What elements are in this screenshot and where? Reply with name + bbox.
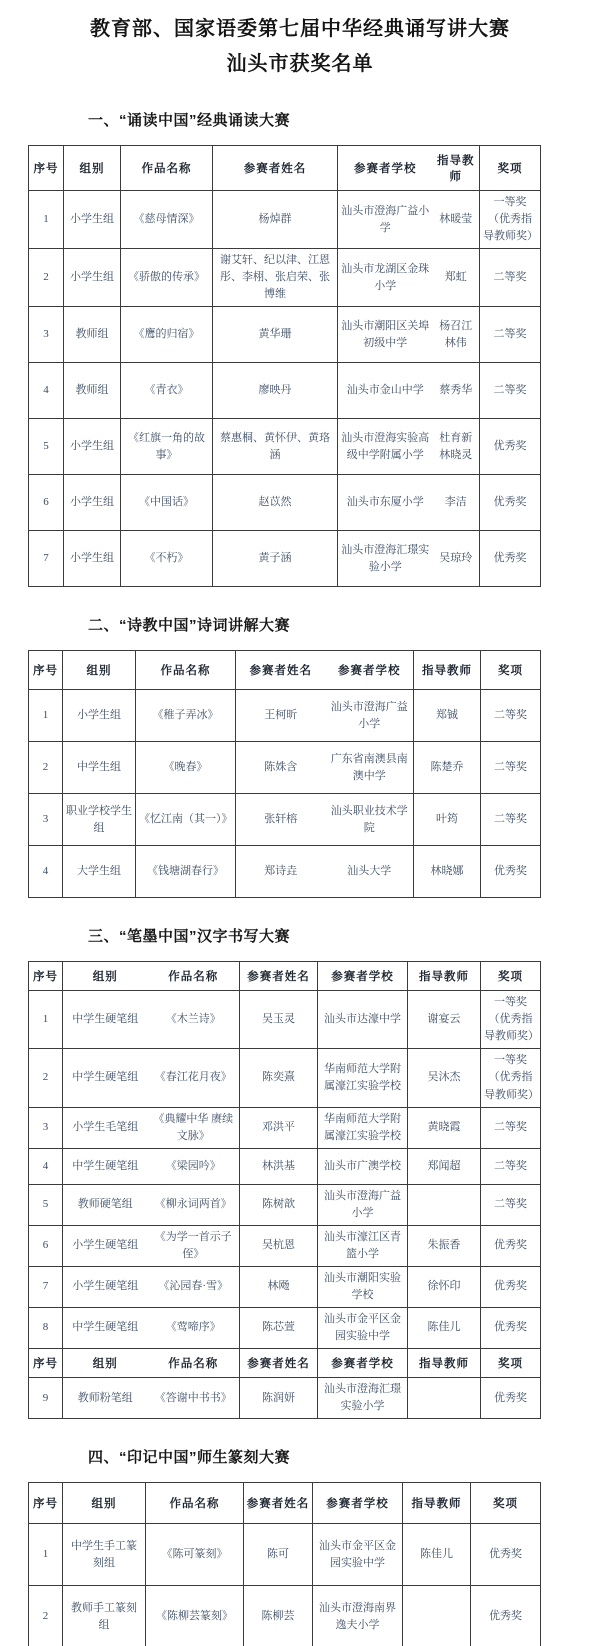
- table-cell: 汕头市澄海南界逸夫小学: [313, 1586, 403, 1646]
- table-cell: 6: [29, 1225, 63, 1266]
- table-cell: 王柯昕: [236, 690, 326, 742]
- table-row: 1中学生硬笔组《木兰诗》吴玉灵汕头市达濠中学谢宴云一等奖（优秀指导教师奖）: [29, 991, 541, 1049]
- table-cell: 优秀奖: [481, 1307, 541, 1348]
- awards-table-calligraphy: 序号组别作品名称参赛者姓名参赛者学校指导教师奖项1中学生硬笔组《木兰诗》吴玉灵汕…: [28, 961, 541, 1419]
- table-cell: 《陈可篆刻》: [146, 1524, 244, 1586]
- table-header-row: 序号组别作品名称参赛者姓名参赛者学校指导教师奖项: [29, 962, 541, 991]
- table-cell: 谢宴云: [408, 991, 481, 1049]
- table-row: 2教师手工篆刻组《陈柳芸篆刻》陈柳芸汕头市澄海南界逸夫小学优秀奖: [29, 1586, 541, 1646]
- table-cell: [408, 1184, 481, 1225]
- column-header: 序号: [29, 1483, 63, 1524]
- table-cell: 汕头市潮阳区关埠初级中学: [338, 307, 433, 363]
- table-cell: 杜育新 林晓灵: [433, 419, 480, 475]
- column-header: 参赛者学校: [318, 962, 408, 991]
- table-cell: 《红旗一角的故事》: [121, 419, 213, 475]
- table-cell: 蔡惠桐、黄怀伊、黄珞涵: [213, 419, 338, 475]
- table-cell: 林飏: [240, 1266, 318, 1307]
- table-cell: 2: [29, 249, 64, 307]
- table-cell: 《沁园春·雪》: [148, 1266, 240, 1307]
- table-cell: [403, 1586, 471, 1646]
- table-cell: 二等奖: [480, 363, 541, 419]
- column-header: 指导教师: [408, 1349, 481, 1378]
- table-cell: 林暖莹: [433, 191, 480, 249]
- table-cell: 吴杭恩: [240, 1225, 318, 1266]
- column-header: 作品名称: [148, 962, 240, 991]
- table-header-row: 序号组别作品名称参赛者姓名参赛者学校指导教师奖项: [29, 651, 541, 690]
- table-cell: 郑诗垚: [236, 846, 326, 898]
- table-cell: 《钱塘湖春行》: [136, 846, 236, 898]
- table-cell: 《晚春》: [136, 742, 236, 794]
- table-cell: 《青衣》: [121, 363, 213, 419]
- column-header: 指导教师: [433, 146, 480, 191]
- table-cell: 汕头市金平区金园实验中学: [318, 1307, 408, 1348]
- table-cell: 优秀奖: [471, 1586, 541, 1646]
- table-cell: 华南师范大学附属濠江实验学校: [318, 1049, 408, 1107]
- table-cell: 华南师范大学附属濠江实验学校: [318, 1107, 408, 1148]
- table-cell: 中学生硬笔组: [63, 1307, 148, 1348]
- table-cell: 《中国话》: [121, 475, 213, 531]
- table-cell: 小学生组: [63, 690, 136, 742]
- table-cell: 3: [29, 1107, 63, 1148]
- table-cell: 朱振香: [408, 1225, 481, 1266]
- table-cell: 优秀奖: [471, 1524, 541, 1586]
- column-header: 组别: [63, 962, 148, 991]
- table-cell: 陈树歆: [240, 1184, 318, 1225]
- table-cell: 谢艾轩、纪以津、江恩彤、李栩、张启荣、张博维: [213, 249, 338, 307]
- table-cell: 汕头市金山中学: [338, 363, 433, 419]
- table-cell: 1: [29, 991, 63, 1049]
- table-cell: 教师组: [64, 307, 121, 363]
- column-header: 组别: [63, 1483, 146, 1524]
- table-header-row: 序号组别作品名称参赛者姓名参赛者学校指导教师奖项: [29, 1483, 541, 1524]
- table-cell: 优秀奖: [481, 1266, 541, 1307]
- table-cell: 7: [29, 1266, 63, 1307]
- column-header: 参赛者姓名: [236, 651, 326, 690]
- table-cell: 汕头市金平区金园实验中学: [313, 1524, 403, 1586]
- awards-table-seal-carving: 序号组别作品名称参赛者姓名参赛者学校指导教师奖项1中学生手工篆刻组《陈可篆刻》陈…: [28, 1482, 541, 1646]
- table-cell: 小学生硬笔组: [63, 1266, 148, 1307]
- table-cell: 4: [29, 1148, 63, 1184]
- table-cell: 汕头市濠江区青篮小学: [318, 1225, 408, 1266]
- table-cell: 陈佳儿: [408, 1307, 481, 1348]
- table-cell: 广东省南澳县南澳中学: [326, 742, 414, 794]
- table-cell: 陈楚乔: [414, 742, 481, 794]
- table-cell: 《莺啼序》: [148, 1307, 240, 1348]
- table-cell: 陈润妍: [240, 1378, 318, 1419]
- column-header: 参赛者姓名: [240, 1349, 318, 1378]
- table-cell: 陈柳芸: [244, 1586, 313, 1646]
- table-cell: 吴玉灵: [240, 991, 318, 1049]
- table-cell: 汕头市潮阳实验学校: [318, 1266, 408, 1307]
- table-cell: 《春江花月夜》: [148, 1049, 240, 1107]
- table-cell: 李洁: [433, 475, 480, 531]
- table-cell: 小学生毛笔组: [63, 1107, 148, 1148]
- table-row: 8中学生硬笔组《莺啼序》陈芯萱汕头市金平区金园实验中学陈佳儿优秀奖: [29, 1307, 541, 1348]
- table-row: 5小学生组《红旗一角的故事》蔡惠桐、黄怀伊、黄珞涵汕头市澄海实验高级中学附属小学…: [29, 419, 541, 475]
- table-cell: 吴琼玲: [433, 531, 480, 587]
- column-header: 参赛者学校: [313, 1483, 403, 1524]
- table-row: 1小学生组《慈母情深》杨焯群汕头市澄海广益小学林暖莹一等奖（优秀指导教师奖）: [29, 191, 541, 249]
- table-cell: 7: [29, 531, 64, 587]
- section-heading-recitation: 一、“诵读中国”经典诵读大赛: [88, 109, 600, 130]
- table-cell: 郑铖: [414, 690, 481, 742]
- table-cell: 教师硬笔组: [63, 1184, 148, 1225]
- table-cell: 陈姝含: [236, 742, 326, 794]
- table-cell: 《忆江南（其一）》: [136, 794, 236, 846]
- column-header: 作品名称: [121, 146, 213, 191]
- table-cell: 中学生硬笔组: [63, 1049, 148, 1107]
- table-cell: 2: [29, 742, 63, 794]
- column-header: 作品名称: [136, 651, 236, 690]
- table-cell: 《鹰的归宿》: [121, 307, 213, 363]
- table-cell: 教师手工篆刻组: [63, 1586, 146, 1646]
- table-cell: 杨焯群: [213, 191, 338, 249]
- column-header: 参赛者学校: [318, 1349, 408, 1378]
- section-heading-seal-carving: 四、“印记中国”师生篆刻大赛: [88, 1446, 600, 1467]
- table-cell: 二等奖: [481, 794, 541, 846]
- table-cell: 吴沐杰: [408, 1049, 481, 1107]
- table-cell: 汕头市东厦小学: [338, 475, 433, 531]
- table-cell: 小学生组: [64, 191, 121, 249]
- table-header-row: 序号组别作品名称参赛者姓名参赛者学校指导教师奖项: [29, 146, 541, 191]
- table-cell: 陈奕熹: [240, 1049, 318, 1107]
- table-cell: 杨召江 林伟: [433, 307, 480, 363]
- table-cell: 汕头市澄海广益小学: [338, 191, 433, 249]
- table-cell: 教师粉笔组: [63, 1378, 148, 1419]
- table-cell: 汕头大学: [326, 846, 414, 898]
- table-cell: 小学生组: [64, 419, 121, 475]
- table-cell: 小学生组: [64, 531, 121, 587]
- table-cell: [408, 1378, 481, 1419]
- column-header: 奖项: [481, 651, 541, 690]
- table-row: 4教师组《青衣》廖映丹汕头市金山中学蔡秀华二等奖: [29, 363, 541, 419]
- table-cell: 蔡秀华: [433, 363, 480, 419]
- table-cell: 优秀奖: [481, 846, 541, 898]
- table-row: 2中学生组《晚春》陈姝含广东省南澳县南澳中学陈楚乔二等奖: [29, 742, 541, 794]
- awards-table-recitation: 序号组别作品名称参赛者姓名参赛者学校指导教师奖项1小学生组《慈母情深》杨焯群汕头…: [28, 145, 541, 587]
- table-row: 3职业学校学生组《忆江南（其一）》张轩榕汕头职业技术学院叶筠二等奖: [29, 794, 541, 846]
- table-cell: 陈可: [244, 1524, 313, 1586]
- column-header: 奖项: [481, 1349, 541, 1378]
- document-title-line1: 教育部、国家语委第七届中华经典诵写讲大赛: [0, 12, 600, 47]
- table-cell: 4: [29, 846, 63, 898]
- table-cell: 《答谢中书书》: [148, 1378, 240, 1419]
- table-cell: 汕头市澄海实验高级中学附属小学: [338, 419, 433, 475]
- table-cell: 二等奖: [481, 1107, 541, 1148]
- table-cell: 汕头市澄海汇璟实验小学: [318, 1378, 408, 1419]
- table-cell: 中学生硬笔组: [63, 991, 148, 1049]
- table-cell: 8: [29, 1307, 63, 1348]
- table-cell: 汕头市澄海汇璟实验小学: [338, 531, 433, 587]
- table-cell: 优秀奖: [480, 419, 541, 475]
- table-row: 7小学生硬笔组《沁园春·雪》林飏汕头市潮阳实验学校徐怀印优秀奖: [29, 1266, 541, 1307]
- table-cell: 邓洪平: [240, 1107, 318, 1148]
- document-title-line2: 汕头市获奖名单: [0, 47, 600, 82]
- table-cell: 中学生手工篆刻组: [63, 1524, 146, 1586]
- column-header: 作品名称: [146, 1483, 244, 1524]
- table-cell: 《梁园吟》: [148, 1148, 240, 1184]
- column-header: 序号: [29, 146, 64, 191]
- table-cell: 陈佳儿: [403, 1524, 471, 1586]
- column-header: 序号: [29, 651, 63, 690]
- table-cell: 2: [29, 1586, 63, 1646]
- table-cell: 二等奖: [481, 742, 541, 794]
- table-cell: 小学生组: [64, 475, 121, 531]
- table-cell: 教师组: [64, 363, 121, 419]
- table-cell: 小学生硬笔组: [63, 1225, 148, 1266]
- table-cell: 2: [29, 1049, 63, 1107]
- column-header: 奖项: [480, 146, 541, 191]
- column-header: 奖项: [471, 1483, 541, 1524]
- table-cell: 一等奖（优秀指导教师奖）: [480, 191, 541, 249]
- table-cell: 黄晓霞: [408, 1107, 481, 1148]
- table-cell: 小学生组: [64, 249, 121, 307]
- table-row: 6小学生组《中国话》赵苡然汕头市东厦小学李洁优秀奖: [29, 475, 541, 531]
- table-cell: 1: [29, 191, 64, 249]
- table-cell: 林晓娜: [414, 846, 481, 898]
- column-header: 参赛者姓名: [213, 146, 338, 191]
- table-cell: 《陈柳芸篆刻》: [146, 1586, 244, 1646]
- table-cell: 4: [29, 363, 64, 419]
- column-header: 参赛者姓名: [240, 962, 318, 991]
- table-cell: 5: [29, 1184, 63, 1225]
- table-row: 7小学生组《不朽》黄子涵汕头市澄海汇璟实验小学吴琼玲优秀奖: [29, 531, 541, 587]
- table-cell: 中学生硬笔组: [63, 1148, 148, 1184]
- table-cell: 9: [29, 1378, 63, 1419]
- table-cell: 优秀奖: [480, 531, 541, 587]
- table-row: 2中学生硬笔组《春江花月夜》陈奕熹华南师范大学附属濠江实验学校吴沐杰一等奖（优秀…: [29, 1049, 541, 1107]
- table-cell: 张轩榕: [236, 794, 326, 846]
- table-cell: 5: [29, 419, 64, 475]
- column-header: 组别: [63, 651, 136, 690]
- column-header: 序号: [29, 1349, 63, 1378]
- table-row: 2小学生组《骄傲的传承》谢艾轩、纪以津、江恩彤、李栩、张启荣、张博维汕头市龙湖区…: [29, 249, 541, 307]
- table-row: 4中学生硬笔组《梁园吟》林洪基汕头市广澳学校郑闻超二等奖: [29, 1148, 541, 1184]
- table-row: 5教师硬笔组《柳永词两首》陈树歆汕头市澄海广益小学二等奖: [29, 1184, 541, 1225]
- column-header: 序号: [29, 962, 63, 991]
- table-cell: 3: [29, 307, 64, 363]
- section-heading-poetry: 二、“诗教中国”诗词讲解大赛: [88, 614, 600, 635]
- table-cell: 汕头市澄海广益小学: [326, 690, 414, 742]
- table-cell: 《为学一首示子侄》: [148, 1225, 240, 1266]
- table-cell: 黄华珊: [213, 307, 338, 363]
- column-header: 作品名称: [148, 1349, 240, 1378]
- table-cell: 汕头市达濠中学: [318, 991, 408, 1049]
- table-cell: 汕头职业技术学院: [326, 794, 414, 846]
- table-cell: 汕头市澄海广益小学: [318, 1184, 408, 1225]
- table-header-row: 序号组别作品名称参赛者姓名参赛者学校指导教师奖项: [29, 1349, 541, 1378]
- table-cell: 黄子涵: [213, 531, 338, 587]
- table-cell: 二等奖: [481, 1184, 541, 1225]
- table-cell: 1: [29, 690, 63, 742]
- table-cell: 郑闻超: [408, 1148, 481, 1184]
- table-cell: 《骄傲的传承》: [121, 249, 213, 307]
- table-cell: 中学生组: [63, 742, 136, 794]
- table-cell: 赵苡然: [213, 475, 338, 531]
- table-cell: 二等奖: [481, 690, 541, 742]
- table-cell: 优秀奖: [481, 1378, 541, 1419]
- table-cell: 优秀奖: [480, 475, 541, 531]
- table-cell: 徐怀印: [408, 1266, 481, 1307]
- table-cell: 职业学校学生组: [63, 794, 136, 846]
- table-cell: 优秀奖: [481, 1225, 541, 1266]
- table-cell: 二等奖: [481, 1148, 541, 1184]
- column-header: 奖项: [481, 962, 541, 991]
- table-row: 1中学生手工篆刻组《陈可篆刻》陈可汕头市金平区金园实验中学陈佳儿优秀奖: [29, 1524, 541, 1586]
- table-cell: 1: [29, 1524, 63, 1586]
- table-cell: 《不朽》: [121, 531, 213, 587]
- table-cell: 《木兰诗》: [148, 991, 240, 1049]
- table-row: 3小学生毛笔组《典耀中华 赓续文脉》邓洪平华南师范大学附属濠江实验学校黄晓霞二等…: [29, 1107, 541, 1148]
- table-cell: 汕头市龙湖区金珠小学: [338, 249, 433, 307]
- section-heading-calligraphy: 三、“笔墨中国”汉字书写大赛: [88, 925, 600, 946]
- table-cell: 一等奖（优秀指导教师奖）: [481, 991, 541, 1049]
- table-cell: 一等奖（优秀指导教师奖）: [481, 1049, 541, 1107]
- table-cell: 《稚子弄冰》: [136, 690, 236, 742]
- column-header: 指导教师: [403, 1483, 471, 1524]
- table-cell: 叶筠: [414, 794, 481, 846]
- table-cell: 郑虹: [433, 249, 480, 307]
- column-header: 组别: [63, 1349, 148, 1378]
- table-cell: 《典耀中华 赓续文脉》: [148, 1107, 240, 1148]
- table-row: 6小学生硬笔组《为学一首示子侄》吴杭恩汕头市濠江区青篮小学朱振香优秀奖: [29, 1225, 541, 1266]
- column-header: 参赛者学校: [338, 146, 433, 191]
- document-header: 教育部、国家语委第七届中华经典诵写讲大赛 汕头市获奖名单: [0, 0, 600, 82]
- table-row: 3教师组《鹰的归宿》黄华珊汕头市潮阳区关埠初级中学杨召江 林伟二等奖: [29, 307, 541, 363]
- table-cell: 6: [29, 475, 64, 531]
- table-cell: 二等奖: [480, 249, 541, 307]
- table-cell: 二等奖: [480, 307, 541, 363]
- column-header: 参赛者学校: [326, 651, 414, 690]
- table-cell: 陈芯萱: [240, 1307, 318, 1348]
- column-header: 组别: [64, 146, 121, 191]
- column-header: 参赛者姓名: [244, 1483, 313, 1524]
- table-cell: 《柳永词两首》: [148, 1184, 240, 1225]
- awards-table-poetry: 序号组别作品名称参赛者姓名参赛者学校指导教师奖项1小学生组《稚子弄冰》王柯昕汕头…: [28, 650, 541, 898]
- column-header: 指导教师: [414, 651, 481, 690]
- table-row: 9教师粉笔组《答谢中书书》陈润妍汕头市澄海汇璟实验小学优秀奖: [29, 1378, 541, 1419]
- table-cell: 廖映丹: [213, 363, 338, 419]
- table-row: 4大学生组《钱塘湖春行》郑诗垚汕头大学林晓娜优秀奖: [29, 846, 541, 898]
- table-cell: 大学生组: [63, 846, 136, 898]
- table-cell: 3: [29, 794, 63, 846]
- table-cell: 林洪基: [240, 1148, 318, 1184]
- table-row: 1小学生组《稚子弄冰》王柯昕汕头市澄海广益小学郑铖二等奖: [29, 690, 541, 742]
- table-cell: 汕头市广澳学校: [318, 1148, 408, 1184]
- column-header: 指导教师: [408, 962, 481, 991]
- table-cell: 《慈母情深》: [121, 191, 213, 249]
